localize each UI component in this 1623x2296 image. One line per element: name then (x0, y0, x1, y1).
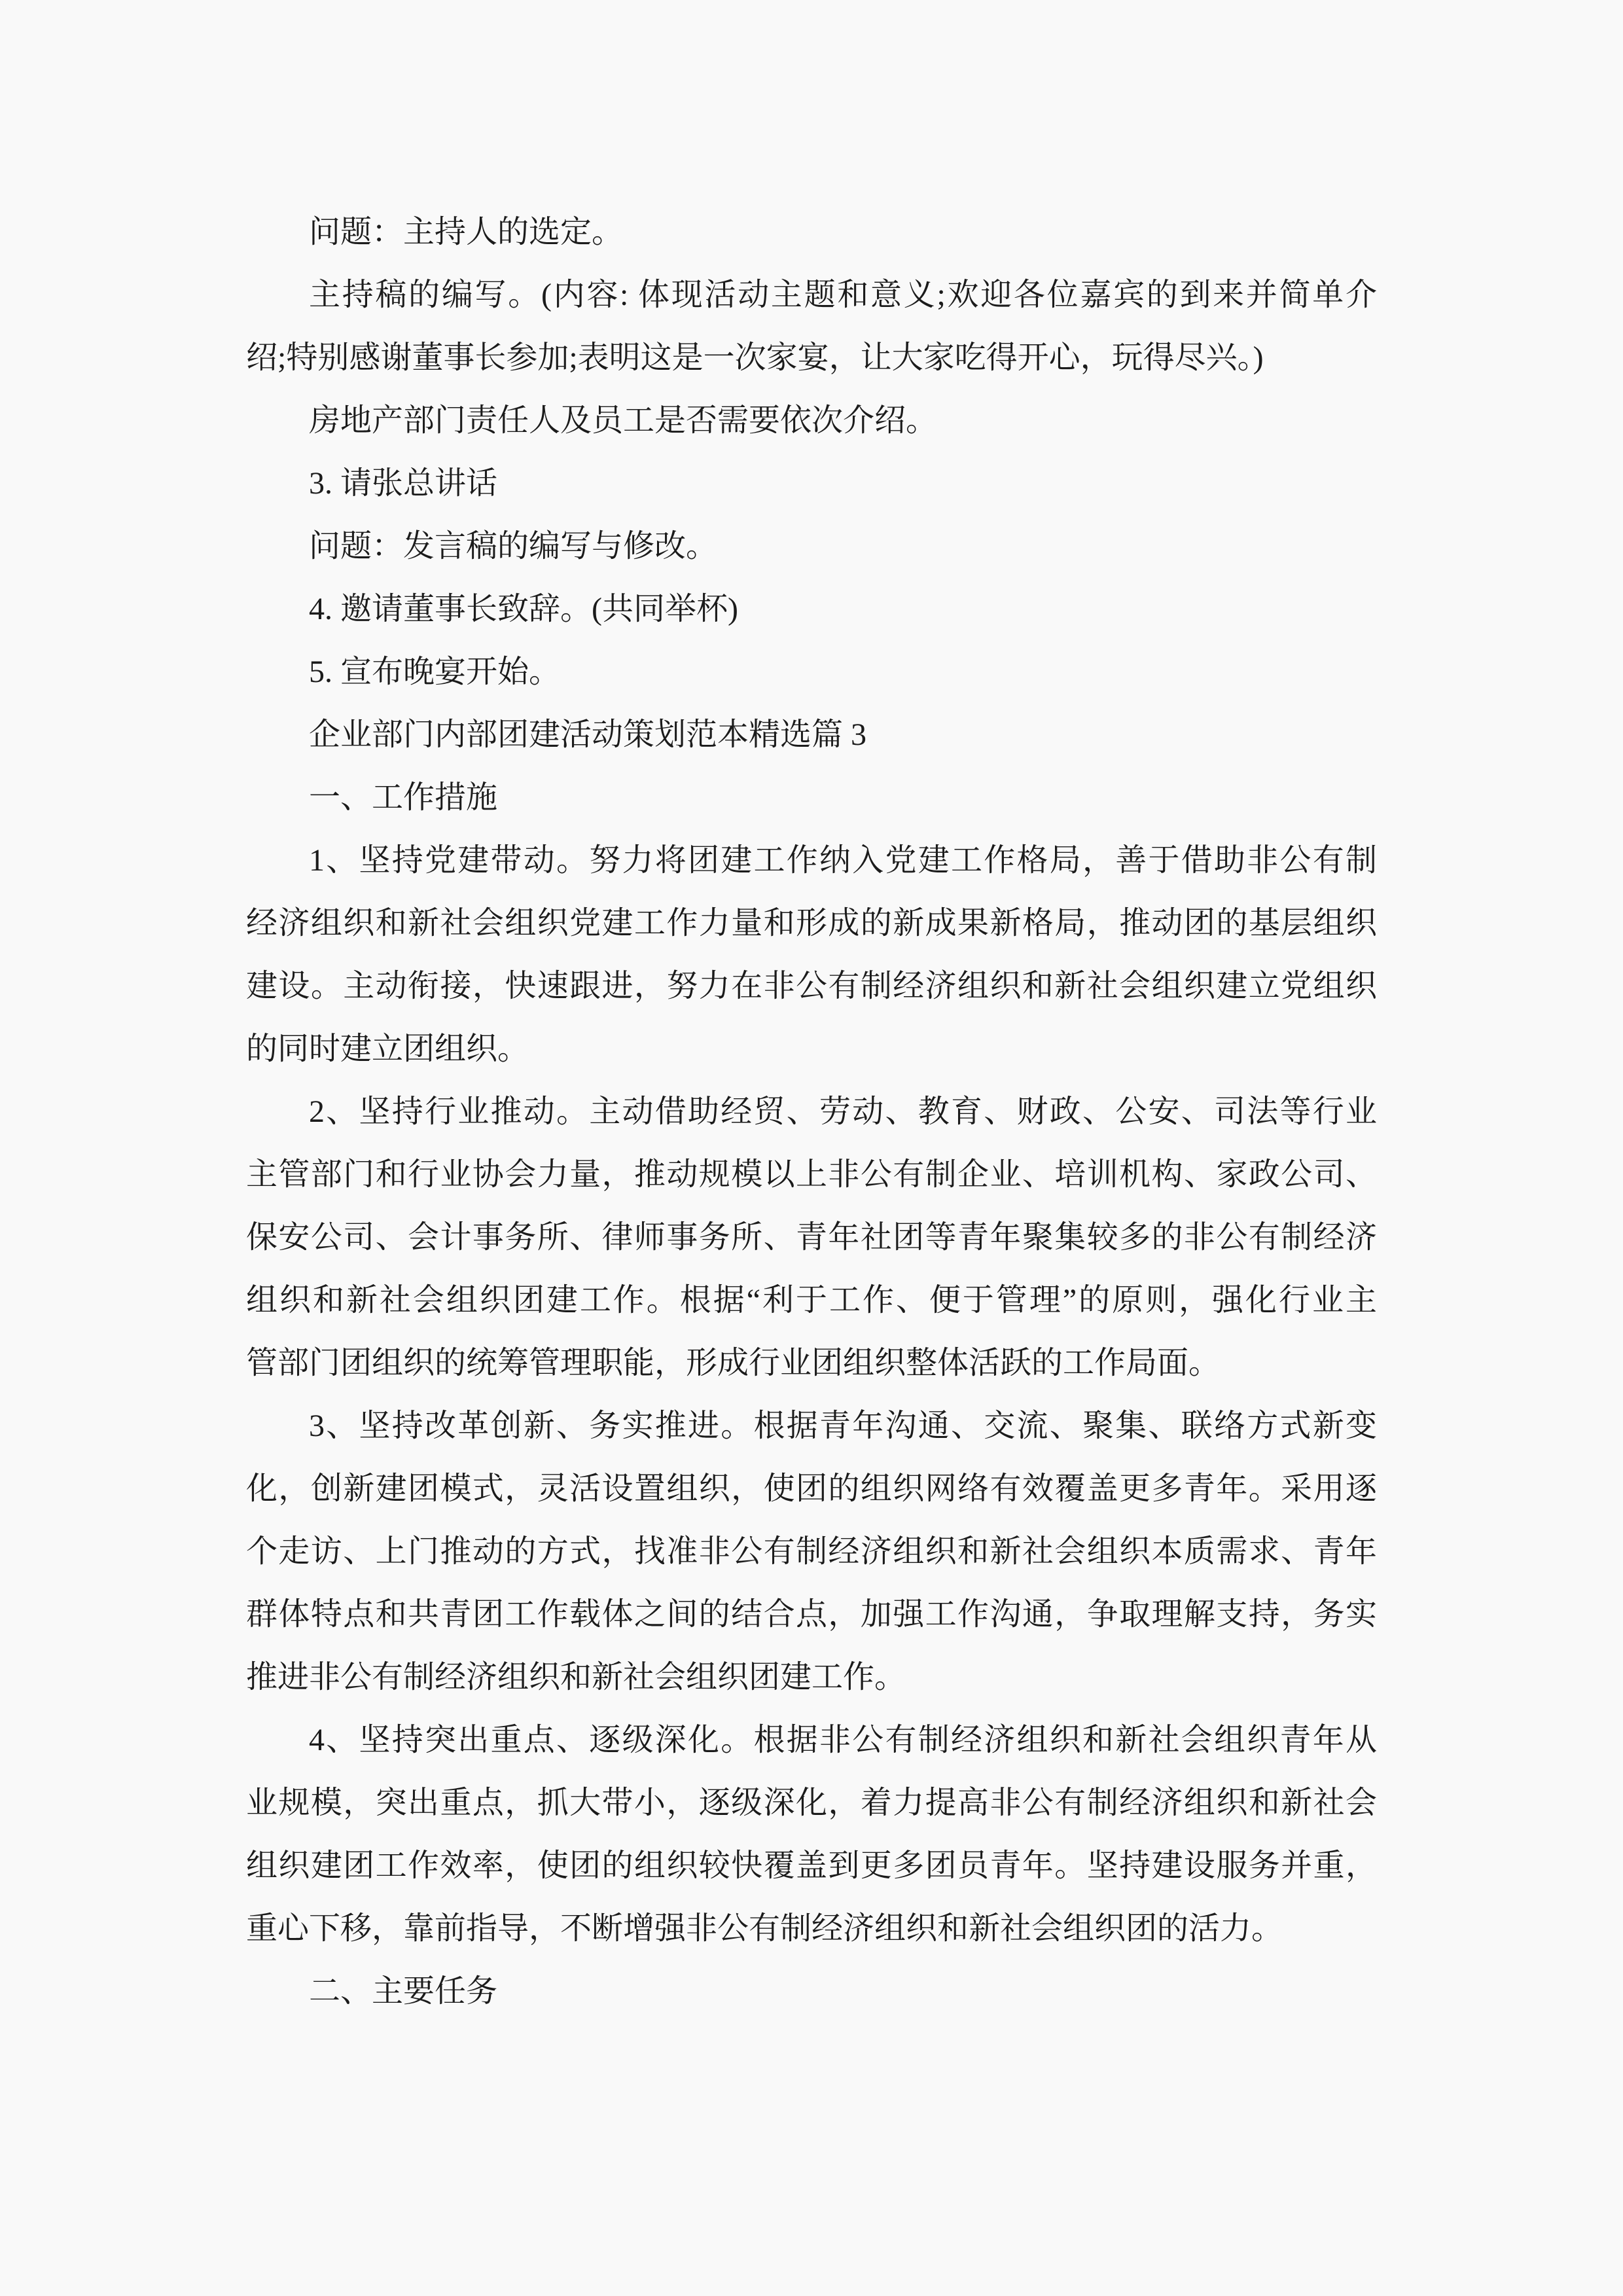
text-line: 一、工作措施 (246, 766, 1377, 829)
text-line: 化，创新建团模式，灵活设置组织，使团的组织网络有效覆盖更多青年。采用逐 (246, 1458, 1377, 1520)
text-line: 2、坚持行业推动。主动借助经贸、劳动、教育、财政、公安、司法等行业 (246, 1081, 1377, 1143)
text-line: 推进非公有制经济组织和新社会组织团建工作。 (246, 1646, 1377, 1709)
text-line: 房地产部门责任人及员工是否需要依次介绍。 (246, 389, 1377, 452)
text-line: 的同时建立团组织。 (246, 1018, 1377, 1081)
text-line: 群体特点和共青团工作载体之间的结合点，加强工作沟通，争取理解支持，务实 (246, 1583, 1377, 1646)
text-line: 经济组织和新社会组织党建工作力量和形成的新成果新格局，推动团的基层组织 (246, 892, 1377, 955)
text-line: 管部门团组织的统筹管理职能，形成行业团组织整体活跃的工作局面。 (246, 1332, 1377, 1395)
text-line: 问题：主持人的选定。 (246, 201, 1377, 264)
text-line: 绍;特别感谢董事长参加;表明这是一次家宴，让大家吃得开心，玩得尽兴。) (246, 327, 1377, 389)
text-line: 4. 邀请董事长致辞。(共同举杯) (246, 578, 1377, 641)
text-line: 企业部门内部团建活动策划范本精选篇 3 (246, 704, 1377, 766)
text-line: 主持稿的编写。(内容: 体现活动主题和意义;欢迎各位嘉宾的到来并简单介 (246, 264, 1377, 327)
text-line: 二、主要任务 (246, 1960, 1377, 2023)
text-line: 3、坚持改革创新、务实推进。根据青年沟通、交流、聚集、联络方式新变 (246, 1395, 1377, 1458)
text-line: 1、坚持党建带动。努力将团建工作纳入党建工作格局，善于借助非公有制 (246, 829, 1377, 892)
text-line: 业规模，突出重点，抓大带小，逐级深化，着力提高非公有制经济组织和新社会 (246, 1772, 1377, 1835)
text-line: 组织建团工作效率，使团的组织较快覆盖到更多团员青年。坚持建设服务并重， (246, 1835, 1377, 1897)
text-line: 重心下移，靠前指导，不断增强非公有制经济组织和新社会组织团的活力。 (246, 1897, 1377, 1960)
text-line: 4、坚持突出重点、逐级深化。根据非公有制经济组织和新社会组织青年从 (246, 1709, 1377, 1772)
text-line: 主管部门和行业协会力量，推动规模以上非公有制企业、培训机构、家政公司、 (246, 1143, 1377, 1206)
text-line: 保安公司、会计事务所、律师事务所、青年社团等青年聚集较多的非公有制经济 (246, 1206, 1377, 1269)
text-line: 5. 宣布晚宴开始。 (246, 641, 1377, 704)
text-line: 个走访、上门推动的方式，找准非公有制经济组织和新社会组织本质需求、青年 (246, 1520, 1377, 1583)
document-page: 问题：主持人的选定。主持稿的编写。(内容: 体现活动主题和意义;欢迎各位嘉宾的到… (0, 0, 1623, 2296)
text-line: 组织和新社会组织团建工作。根据“利于工作、便于管理”的原则，强化行业主 (246, 1269, 1377, 1332)
text-line: 3. 请张总讲话 (246, 452, 1377, 515)
text-line: 建设。主动衔接，快速跟进，努力在非公有制经济组织和新社会组织建立党组织 (246, 955, 1377, 1018)
text-line: 问题：发言稿的编写与修改。 (246, 515, 1377, 578)
document-body: 问题：主持人的选定。主持稿的编写。(内容: 体现活动主题和意义;欢迎各位嘉宾的到… (246, 201, 1377, 2023)
